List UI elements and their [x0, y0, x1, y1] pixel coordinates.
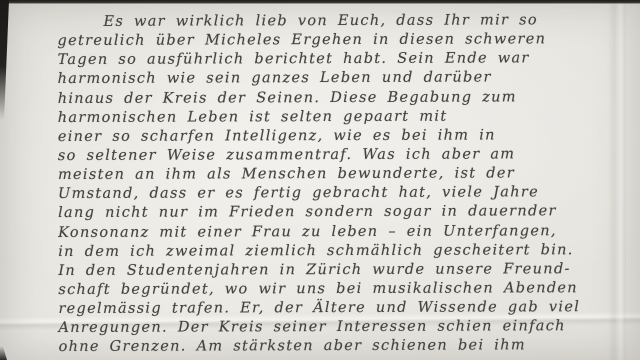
letter-line: so seltener Weise zusammentraf. Was ich …: [58, 145, 618, 166]
letter-line: Anregungen. Der Kreis seiner Interessen …: [58, 317, 618, 338]
letter-line: harmonisch wie sein ganzes Leben und dar…: [58, 68, 618, 89]
letter-line: hinaus der Kreis der Seinen. Diese Begab…: [58, 88, 618, 109]
photo-of-handwritten-letter: Es war wirklich lieb von Euch, dass Ihr …: [0, 0, 640, 360]
letter-line: Es war wirklich lieb von Euch, dass Ihr …: [57, 11, 617, 32]
letter-line: getreulich über Micheles Ergehen in dies…: [57, 30, 617, 51]
letter-line: schaft begründet, wo wir uns bei musikal…: [58, 279, 618, 300]
letter-line: meisten an ihm als Menschen bewunderte, …: [58, 164, 618, 185]
letter-text-block: Es war wirklich lieb von Euch, dass Ihr …: [57, 11, 618, 357]
letter-line: Tagen so ausführlich berichtet habt. Sei…: [58, 49, 618, 70]
letter-line: ohne Grenzen. Am stärksten aber schienen…: [59, 336, 619, 357]
letter-line: Konsonanz mit einer Frau zu leben – ein …: [58, 222, 618, 243]
letter-line: Umstand, dass er es fertig gebracht hat,…: [58, 183, 618, 204]
letter-line: lang nicht nur im Frieden sondern sogar …: [58, 202, 618, 223]
letter-line: In den Studentenjahren in Zürich wurde u…: [58, 260, 618, 281]
letter-line: einer so scharfen Intelligenz, wie es be…: [58, 126, 618, 147]
photo-edge-top: [0, 0, 640, 4]
letter-line: regelmässig trafen. Er, der Ältere und W…: [58, 298, 618, 319]
letter-line: harmonischen Leben ist selten gepaart mi…: [58, 107, 618, 128]
letter-line: in dem ich zweimal ziemlich schmählich g…: [58, 241, 618, 262]
